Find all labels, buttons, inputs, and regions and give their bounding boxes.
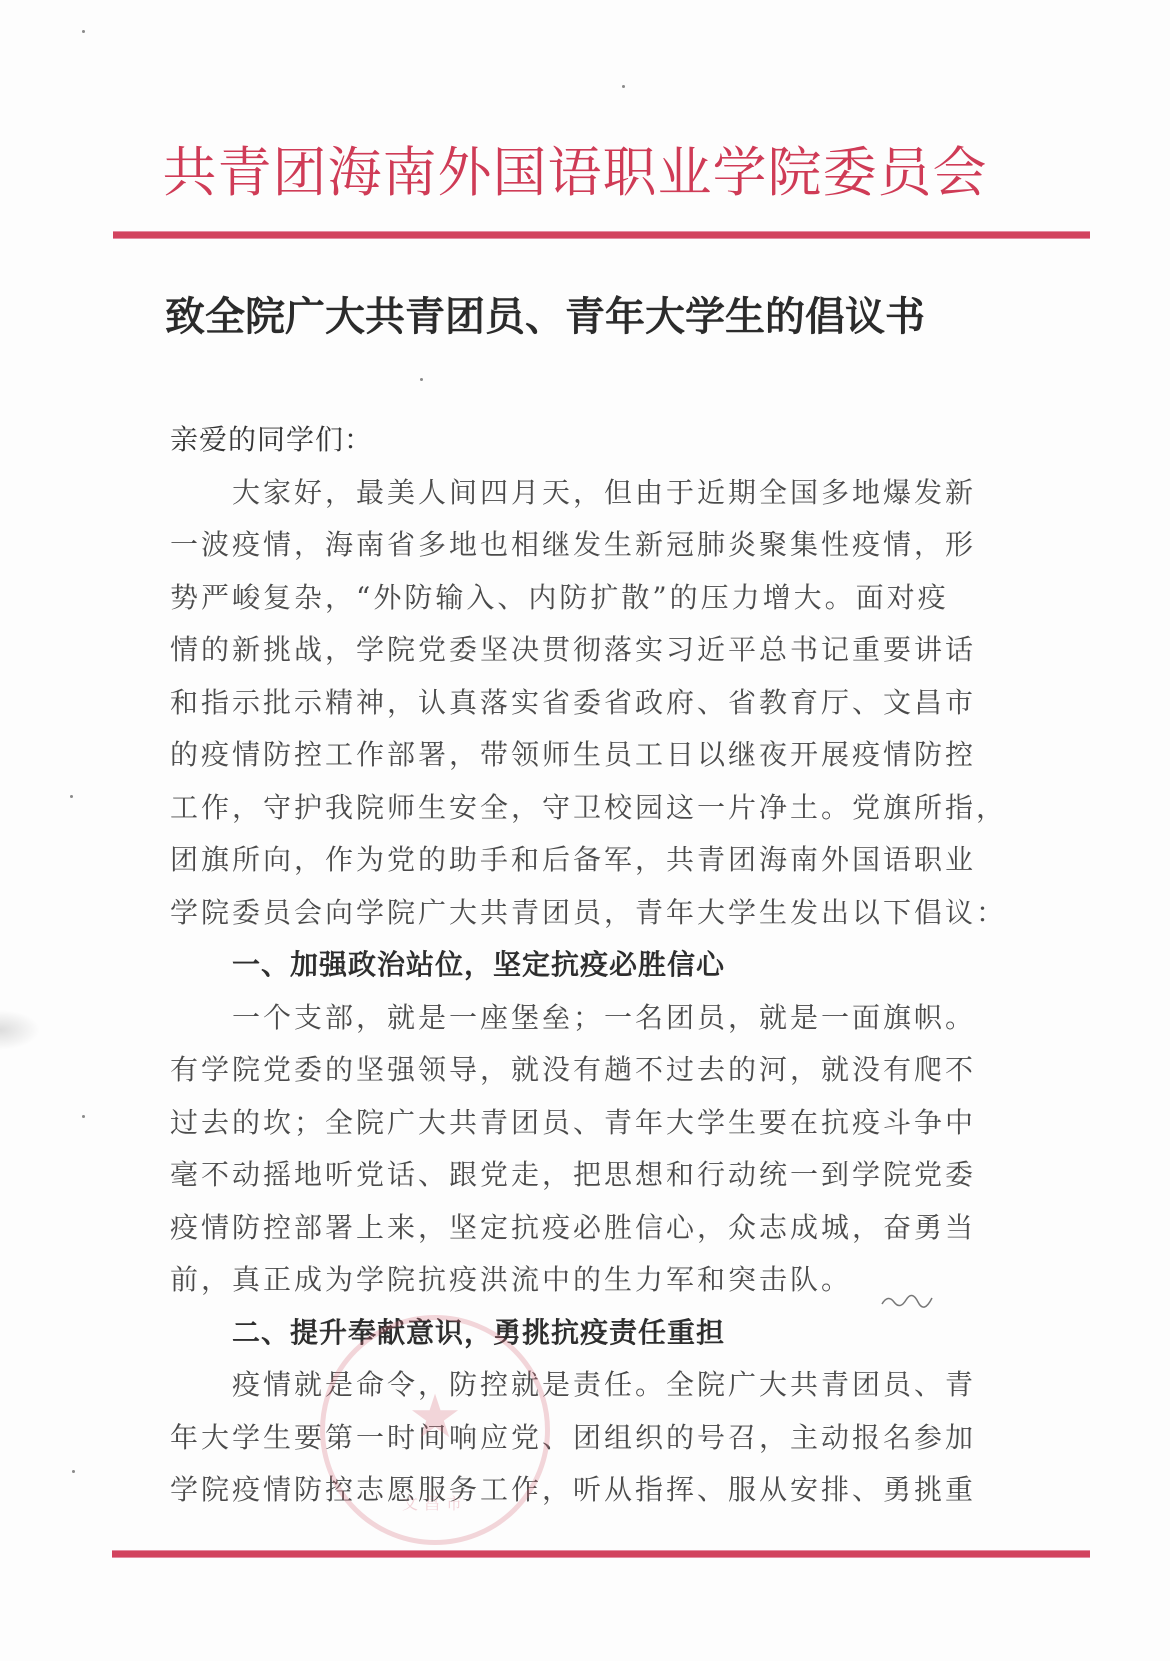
document-page: 共青团海南外国语职业学院委员会 致全院广大共青团员、青年大学生的倡议书 亲爱的同… (0, 0, 1170, 1661)
scan-speck (72, 1470, 75, 1473)
document-body: 亲爱的同学们： 大家好，最美人间四月天，但由于近期全国多地爆发新 一波疫情，海南… (170, 414, 1020, 1517)
letterhead-red-rule-top (113, 231, 1090, 239)
section-heading-1: 一、加强政治站位，坚定抗疫必胜信心 (170, 939, 1020, 992)
ink-squiggle-mark (880, 1290, 940, 1310)
paragraph-line: 大家好，最美人间四月天，但由于近期全国多地爆发新 (170, 467, 1020, 520)
section-heading-2: 二、提升奉献意识，勇挑抗疫责任重担 (170, 1307, 1020, 1360)
document-title: 致全院广大共青团员、青年大学生的倡议书 (165, 293, 1015, 341)
scan-speck (82, 1115, 85, 1118)
scan-smudge (0, 1010, 40, 1050)
paragraph-line: 一个支部，就是一座堡垒；一名团员，就是一面旗帜。 (170, 992, 1020, 1045)
paragraph-line: 工作，守护我院师生安全，守卫校园这一片净土。党旗所指， (170, 782, 1020, 835)
paragraph-line: 疫情防控部署上来，坚定抗疫必胜信心，众志成城，奋勇当 (170, 1202, 1020, 1255)
salutation: 亲爱的同学们： (170, 414, 1020, 467)
paragraph-line: 疫情就是命令，防控就是责任。全院广大共青团员、青 (170, 1359, 1020, 1412)
paragraph-line: 学院疫情防控志愿服务工作，听从指挥、服从安排、勇挑重 (170, 1464, 1020, 1517)
paragraph-line: 有学院党委的坚强领导，就没有趟不过去的河，就没有爬不 (170, 1044, 1020, 1097)
paragraph-line: 情的新挑战，学院党委坚决贯彻落实习近平总书记重要讲话 (170, 624, 1020, 677)
scan-speck (420, 378, 423, 381)
letterhead-red-rule-bottom (112, 1550, 1090, 1558)
paragraph-line: 过去的坎；全院广大共青团员、青年大学生要在抗疫斗争中 (170, 1097, 1020, 1150)
paragraph-line: 毫不动摇地听党话、跟党走，把思想和行动统一到学院党委 (170, 1149, 1020, 1202)
paragraph-line: 一波疫情，海南省多地也相继发生新冠肺炎聚集性疫情，形 (170, 519, 1020, 572)
paragraph-line: 势严峻复杂，“外防输入、内防扩散”的压力增大。面对疫 (170, 572, 1020, 625)
paragraph-line: 和指示批示精神，认真落实省委省政府、省教育厅、文昌市 (170, 677, 1020, 730)
paragraph-line: 学院委员会向学院广大共青团员，青年大学生发出以下倡议： (170, 887, 1020, 940)
paragraph-line: 的疫情防控工作部署，带领师生员工日以继夜开展疫情防控 (170, 729, 1020, 782)
paragraph-line: 年大学生要第一时间响应党、团组织的号召，主动报名参加 (170, 1412, 1020, 1465)
paragraph-line: 团旗所向，作为党的助手和后备军，共青团海南外国语职业 (170, 834, 1020, 887)
scan-speck (70, 795, 73, 798)
letterhead-organization: 共青团海南外国语职业学院委员会 (110, 142, 1040, 204)
scan-speck (82, 30, 85, 33)
scan-speck (622, 85, 625, 88)
